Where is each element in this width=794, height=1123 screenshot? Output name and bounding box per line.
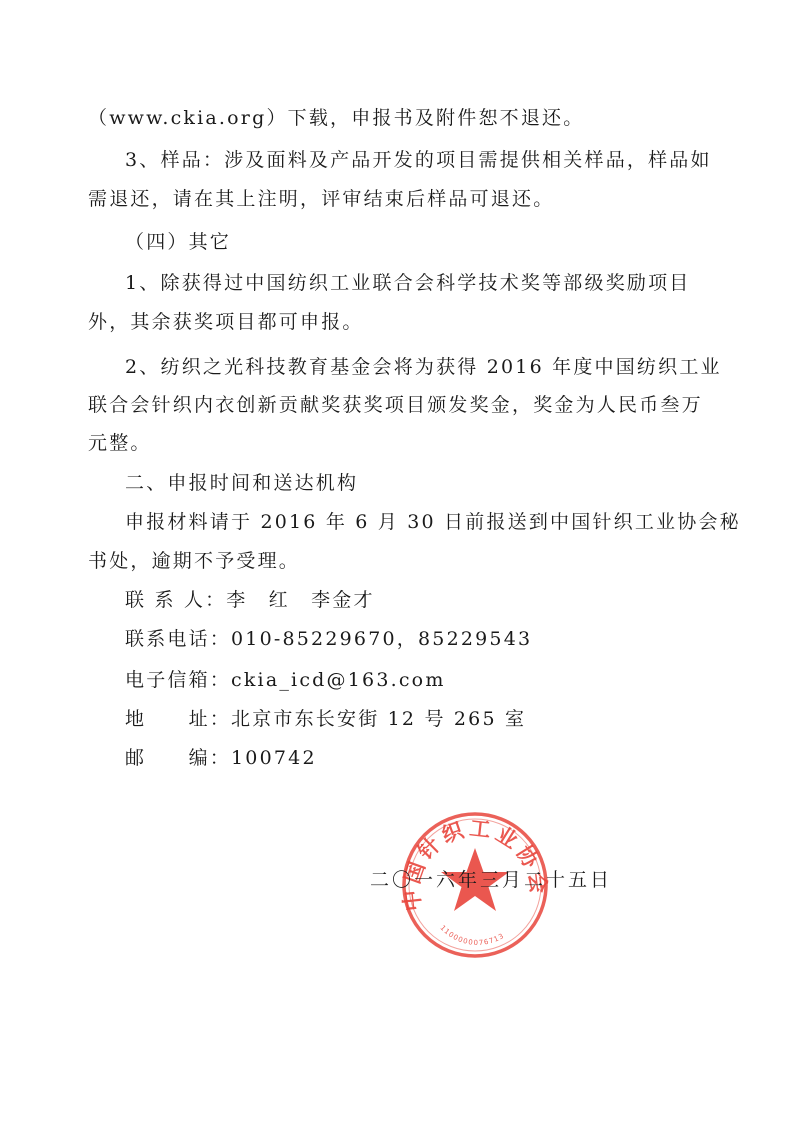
signature-date: 二〇一六年三月二十五日 [370, 868, 612, 892]
text-line: 书处，逾期不予受理。 [88, 549, 300, 573]
text-line: 外，其余获奖项目都可申报。 [88, 310, 364, 334]
text-line: 地 址：北京市东长安街 12 号 265 室 [125, 707, 526, 731]
text-line: 联系电话：010-85229670，85229543 [125, 627, 532, 651]
seal-code: 1100000076713 [438, 924, 505, 947]
text-line: 邮 编：100742 [125, 746, 317, 770]
text-line: 二、申报时间和送达机构 [125, 471, 358, 495]
text-line: 电子信箱：ckia_icd@163.com [125, 668, 446, 692]
text-line: 需退还，请在其上注明，评审结束后样品可退还。 [88, 187, 554, 211]
text-line: 2、纺织之光科技教育基金会将为获得 2016 年度中国纺织工业 [125, 355, 722, 379]
text-line: 3、样品：涉及面料及产品开发的项目需提供相关样品，样品如 [125, 148, 712, 172]
text-line: 1、除获得过中国纺织工业联合会科学技术奖等部级奖励项目 [125, 271, 691, 295]
text-line: 申报材料请于 2016 年 6 月 30 日前报送到中国针织工业协会秘 [125, 510, 741, 534]
text-line: 联合会针织内衣创新贡献奖获奖项目颁发奖金，奖金为人民币叁万 [88, 393, 703, 417]
text-line: （www.ckia.org）下载，申报书及附件恕不退还。 [88, 106, 584, 130]
text-line: （四）其它 [125, 230, 231, 254]
text-line: 联 系 人：李 红 李金才 [125, 588, 375, 612]
text-line: 元整。 [88, 431, 152, 455]
svg-text:1100000076713: 1100000076713 [438, 924, 505, 947]
